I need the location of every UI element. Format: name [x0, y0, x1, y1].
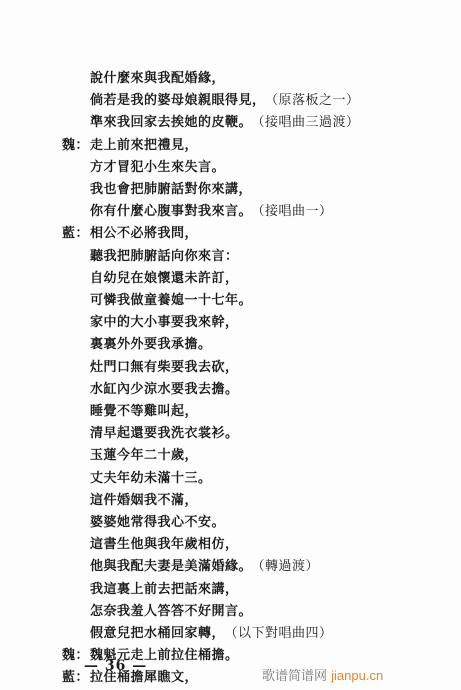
line-text: 清早起還要我洗衣裳衫。: [90, 426, 239, 441]
script-line: 我這裏上前去把話來講，: [90, 582, 239, 598]
line-text: 說什麼來與我配婚緣，: [90, 71, 225, 86]
script-line: 自幼兒在娘懷還未許訂，: [90, 271, 239, 287]
script-line: 他與我配夫妻是美滿婚緣。（轉過渡）: [90, 559, 319, 575]
script-line: 水缸內少涼水要我去擔。: [90, 382, 239, 398]
line-text: 你有什麼心腹事對我來言。: [90, 204, 252, 219]
script-line: 你有什麼心腹事對我來言。（接唱曲一）: [90, 204, 333, 220]
script-line: 聽我把肺腑話向你來言：: [90, 249, 239, 265]
page-number: — 36 —: [84, 658, 147, 674]
script-line: 這書生他與我年歲相仿，: [90, 537, 239, 553]
watermark: 歌谱简谱网 jianpu.cn: [262, 665, 383, 684]
script-line: 假意兒把水桶回家轉，（以下對唱曲四）: [90, 626, 333, 642]
line-text: 方才冒犯小生來失言。: [90, 160, 225, 175]
script-line: 藍：相公不必將我問，: [62, 226, 198, 242]
line-text: 灶門口無有柴要我去砍，: [90, 360, 239, 375]
line-text: 走上前來把禮見，: [90, 138, 198, 153]
stage-note: （接唱曲一）: [258, 204, 333, 219]
script-line: 準來我回家去挨她的皮鞭。（接唱曲三過渡）: [90, 115, 360, 131]
stage-note: （以下對唱曲四）: [231, 626, 333, 641]
watermark-cn: 歌谱简谱网: [262, 669, 327, 684]
line-text: 裏裏外外要我承擔。: [90, 337, 212, 352]
script-page: 說什麼來與我配婚緣，倘若是我的婆母娘親眼得見，（原落板之一）準來我回家去挨她的皮…: [0, 0, 461, 690]
script-line: 裏裏外外要我承擔。: [90, 337, 212, 353]
script-line: 灶門口無有柴要我去砍，: [90, 360, 239, 376]
line-text: 聽我把肺腑話向你來言：: [90, 249, 239, 264]
speaker-label: 魏：: [62, 138, 90, 154]
script-line: 丈夫年幼未滿十三。: [90, 471, 212, 487]
stage-note: （接唱曲三過渡）: [258, 115, 360, 130]
line-text: 我這裏上前去把話來講，: [90, 582, 239, 597]
line-text: 相公不必將我問，: [90, 226, 198, 241]
line-text: 這件婚姻我不滿，: [90, 493, 198, 508]
line-text: 我也會把肺腑話對你來講，: [90, 182, 252, 197]
stage-note: （轉過渡）: [258, 559, 319, 574]
line-text: 婆婆她常得我心不安。: [90, 515, 225, 530]
script-line: 婆婆她常得我心不安。: [90, 515, 225, 531]
line-text: 倘若是我的婆母娘親眼得見，: [90, 93, 266, 108]
script-line: 睡覺不等雞叫起，: [90, 404, 198, 420]
script-line: 倘若是我的婆母娘親眼得見，（原落板之一）: [90, 93, 360, 109]
line-text: 假意兒把水桶回家轉，: [90, 626, 225, 641]
script-line: 玉蓮今年二十歲，: [90, 448, 198, 464]
script-line: 清早起還要我洗衣裳衫。: [90, 426, 239, 442]
script-line: 這件婚姻我不滿，: [90, 493, 198, 509]
line-text: 家中的大小事要我來幹，: [90, 315, 239, 330]
script-line: 方才冒犯小生來失言。: [90, 160, 225, 176]
line-text: 丈夫年幼未滿十三。: [90, 471, 212, 486]
line-text: 水缸內少涼水要我去擔。: [90, 382, 239, 397]
script-line: 魏：走上前來把禮見，: [62, 138, 198, 154]
speaker-label: 藍：: [62, 226, 90, 242]
script-line: 我也會把肺腑話對你來講，: [90, 182, 252, 198]
line-text: 玉蓮今年二十歲，: [90, 448, 198, 463]
watermark-url: jianpu.cn: [331, 668, 383, 683]
line-text: 自幼兒在娘懷還未許訂，: [90, 271, 239, 286]
line-text: 這書生他與我年歲相仿，: [90, 537, 239, 552]
line-text: 可憐我做童養媳一十七年。: [90, 293, 252, 308]
line-text: 睡覺不等雞叫起，: [90, 404, 198, 419]
script-line: 可憐我做童養媳一十七年。: [90, 293, 252, 309]
line-text: 他與我配夫妻是美滿婚緣。: [90, 559, 252, 574]
line-text: 怎奈我羞人答答不好開言。: [90, 604, 252, 619]
script-line: 怎奈我羞人答答不好開言。: [90, 604, 252, 620]
script-line: 家中的大小事要我來幹，: [90, 315, 239, 331]
stage-note: （原落板之一）: [272, 93, 360, 108]
line-text: 準來我回家去挨她的皮鞭。: [90, 115, 252, 130]
script-line: 說什麼來與我配婚緣，: [90, 71, 225, 87]
